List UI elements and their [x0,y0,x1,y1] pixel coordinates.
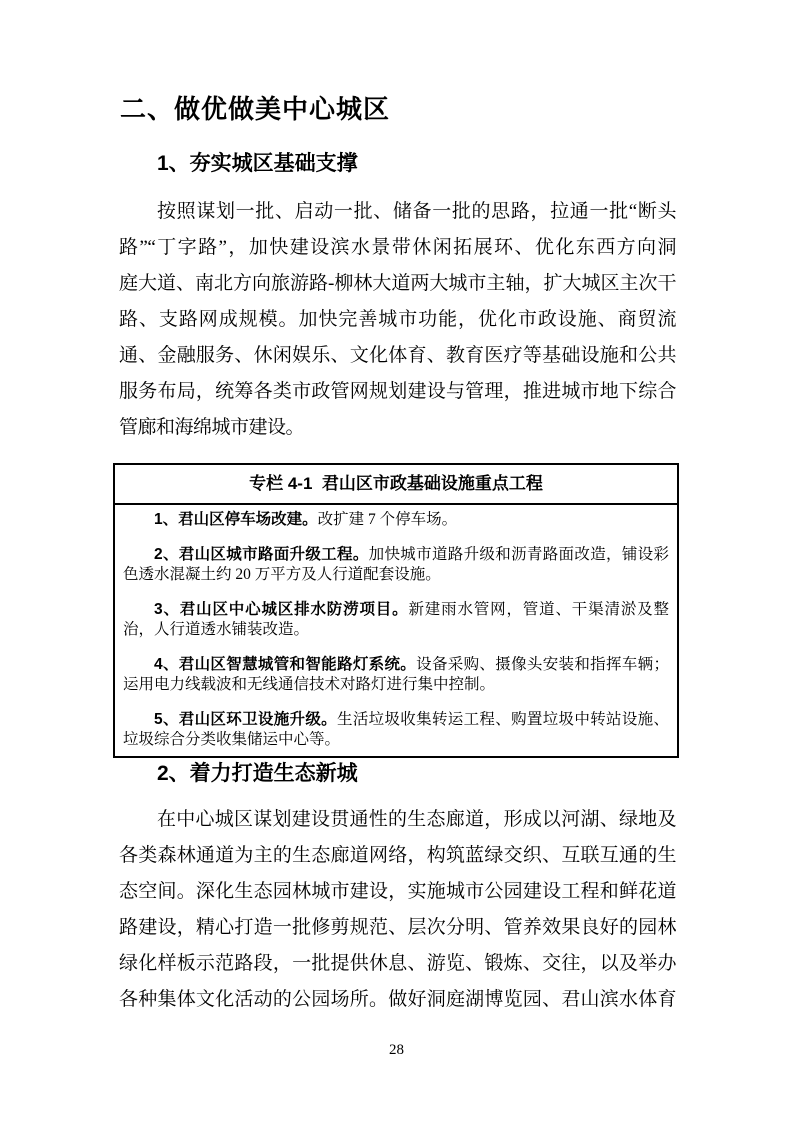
panel-item-lead: 5、君山区环卫设施升级。 [154,711,337,728]
panel-item-text: 设备采购、摄像头安装和指挥车辆； [416,656,669,673]
paragraph-line: 路、支路网成规模。加快完善城市功能，优化市政设施、商贸流 [119,302,676,338]
paragraph-line: 按照谋划一批、启动一批、储备一批的思路，拉通一批“断头 [119,194,676,230]
page-title: 二、做优做美中心城区 [120,92,390,126]
paragraph-line: 各类森林通道为主的生态廊道网络，构筑蓝绿交织、互联互通的生 [119,838,676,874]
panel-body: 1、君山区停车场改建。改扩建 7 个停车场。 2、君山区城市路面升级工程。加快城… [115,505,677,758]
panel-item-line: 治，人行道透水铺装改造。 [123,620,669,640]
panel-title: 专栏 4-1 君山区市政基础设施重点工程 [115,465,677,505]
panel-item-line: 1、君山区停车场改建。改扩建 7 个停车场。 [123,510,669,530]
panel-item-lead: 2、君山区城市路面升级工程。 [154,546,369,563]
panel-item-text: 生活垃圾收集转运工程、购置垃圾中转站设施、 [337,711,669,728]
paragraph-line: 管廊和海绵城市建设。 [119,410,676,446]
section1-title: 1、夯实城区基础支撑 [157,150,358,178]
panel-item-text: 改扩建 7 个停车场。 [318,511,458,528]
panel-item-line: 色透水混凝土约 20 万平方及人行道配套设施。 [123,565,669,585]
panel-item-line: 5、君山区环卫设施升级。生活垃圾收集转运工程、购置垃圾中转站设施、 [123,710,669,730]
paragraph-line: 在中心城区谋划建设贯通性的生态廊道，形成以河湖、绿地及 [119,802,676,838]
panel-item-lead: 1、君山区停车场改建。 [154,511,318,528]
section2-title: 2、着力打造生态新城 [157,760,358,788]
section1-paragraph: 按照谋划一批、启动一批、储备一批的思路，拉通一批“断头 路”“丁字路”，加快建设… [119,194,676,446]
highlight-panel: 专栏 4-1 君山区市政基础设施重点工程 1、君山区停车场改建。改扩建 7 个停… [113,463,679,758]
paragraph-line: 通、金融服务、休闲娱乐、文化体育、教育医疗等基础设施和公共 [119,338,676,374]
panel-item-line: 运用电力线载波和无线通信技术对路灯进行集中控制。 [123,675,669,695]
page-number: 28 [0,1040,793,1060]
paragraph-line: 各种集体文化活动的公园场所。做好洞庭湖博览园、君山滨水体育 [119,982,676,1018]
panel-item-text: 新建雨水管网，管道、干渠清淤及整 [408,601,669,618]
paragraph-line: 态空间。深化生态园林城市建设，实施城市公园建设工程和鲜花道 [119,874,676,910]
paragraph-line: 庭大道、南北方向旅游路-柳林大道两大城市主轴，扩大城区主次干 [119,266,676,302]
panel-item-line: 2、君山区城市路面升级工程。加快城市道路升级和沥青路面改造，铺设彩 [123,545,669,565]
panel-item-line: 3、君山区中心城区排水防涝项目。新建雨水管网，管道、干渠清淤及整 [123,600,669,620]
panel-item-line: 垃圾综合分类收集储运中心等。 [123,730,669,750]
paragraph-line: 服务布局，统筹各类市政管网规划建设与管理，推进城市地下综合 [119,374,676,410]
paragraph-line: 绿化样板示范路段，一批提供休息、游览、锻炼、交往，以及举办 [119,946,676,982]
panel-item-lead: 3、君山区中心城区排水防涝项目。 [154,601,408,618]
panel-item-line: 4、君山区智慧城管和智能路灯系统。设备采购、摄像头安装和指挥车辆； [123,655,669,675]
panel-item-lead: 4、君山区智慧城管和智能路灯系统。 [154,656,416,673]
paragraph-line: 路建设，精心打造一批修剪规范、层次分明、管养效果良好的园林 [119,910,676,946]
section2-paragraph: 在中心城区谋划建设贯通性的生态廊道，形成以河湖、绿地及 各类森林通道为主的生态廊… [119,802,676,1018]
document-page: 二、做优做美中心城区 1、夯实城区基础支撑 按照谋划一批、启动一批、储备一批的思… [0,0,793,1122]
panel-item-text: 加快城市道路升级和沥青路面改造，铺设彩 [369,546,669,563]
paragraph-line: 路”“丁字路”，加快建设滨水景带休闲拓展环、优化东西方向洞 [119,230,676,266]
